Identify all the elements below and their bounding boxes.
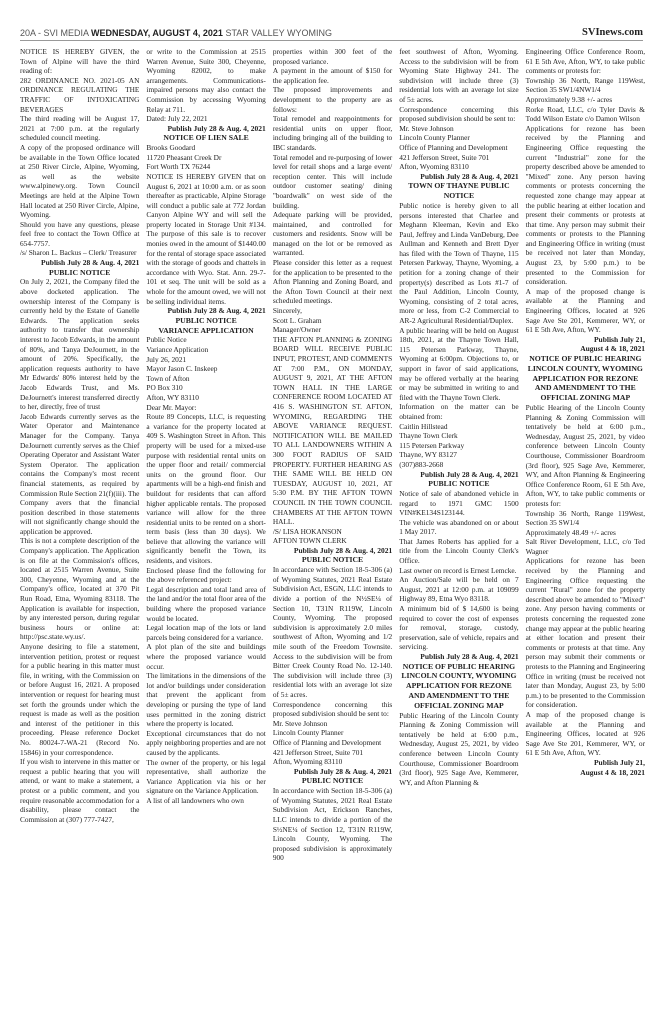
notice-text: Afton, Wyoming 83110 — [273, 757, 392, 767]
publish-line: Publish July 28 & Aug. 4, 2021 — [399, 470, 518, 480]
notice-text: The vehicle was abandoned on or about 1 … — [399, 518, 518, 537]
notice-text: /s/ Sharon L. Backus – Clerk/ Treasurer — [20, 248, 139, 258]
notice-text: Legal description and total land area of… — [146, 585, 265, 623]
notice-subheading: VARIANCE APPLICATION — [146, 326, 265, 336]
notice-text: Public notice is hereby given to all per… — [399, 201, 518, 326]
notice-text: Scott L. Graham — [273, 316, 392, 326]
notice-heading: NOTICE OF PUBLIC HEARING LINCOLN COUNTY,… — [399, 662, 518, 711]
publish-line: Publish July 28 & Aug. 4, 2021 — [399, 172, 518, 182]
publish-line: August 4 & 18, 2021 — [526, 768, 645, 778]
notice-text: Fort Worth TX 76244 — [146, 162, 265, 172]
notice-text: Dated: July 22, 2021 — [146, 114, 265, 124]
notice-text: Brooks Goodard — [146, 143, 265, 153]
notice-text: A payment in the amount of $150 for the … — [273, 66, 392, 85]
legal-notices-columns: NOTICE IS HEREBY GIVEN, the Town of Alpi… — [20, 47, 645, 863]
notice-heading: NOTICE OF PUBLIC HEARING LINCOLN COUNTY,… — [526, 354, 645, 403]
notice-text: The third reading will be August 17, 202… — [20, 114, 139, 143]
notice-text: Enclosed please find the following for t… — [146, 566, 265, 585]
notice-text: or write to the Commission at 2515 Warre… — [146, 47, 265, 114]
publish-line: Publish July 28 & Aug. 4, 2021 — [399, 652, 518, 662]
column-4: feet southwest of Afton, Wyoming. Access… — [399, 47, 518, 863]
notice-text: Correspondence concerning this proposed … — [273, 700, 392, 719]
column-2: or write to the Commission at 2515 Warre… — [146, 47, 265, 863]
notice-text: Mr. Steve Johnson — [399, 124, 518, 134]
notice-text: Mr. Steve Johnson — [273, 719, 392, 729]
notice-text: Anyone desiring to file a statement, int… — [20, 642, 139, 757]
notice-text: Public Notice — [146, 335, 265, 345]
column-3: properties within 300 feet of the propos… — [273, 47, 392, 863]
notice-text: Office of Planning and Development — [273, 738, 392, 748]
notice-text: Information on the matter can be obtaine… — [399, 402, 518, 421]
notice-text: Afton, WY 83110 — [146, 393, 265, 403]
notice-heading: PUBLIC NOTICE — [273, 776, 392, 786]
publish-line: Publish July 28 & Aug. 4, 2021 — [273, 546, 392, 556]
notice-text: NOTICE IS HEREBY GIVEN that on August 6,… — [146, 172, 265, 306]
notice-text: 282 ORDINANCE NO. 2021-05 AN ORDINANCE R… — [20, 76, 139, 114]
notice-text: In accordance with Section 18-5-306 (a) … — [273, 786, 392, 863]
column-5: Engineering Office Conference Room, 61 E… — [526, 47, 645, 863]
notice-text: Town of Afton — [146, 374, 265, 384]
notice-heading: NOTICE OF LIEN SALE — [146, 133, 265, 143]
notice-text: Notice of sale of abandoned vehicle in r… — [399, 489, 518, 518]
notice-text: Public Hearing of the Lincoln County Pla… — [399, 711, 518, 788]
notice-text: July 26, 2021 — [146, 355, 265, 365]
masthead-left: 20A - SVI MEDIA WEDNESDAY, AUGUST 4, 202… — [20, 28, 332, 38]
notice-text: Caitlin Hillstead — [399, 422, 518, 432]
notice-text: /S/ LISA HOKANSON — [273, 527, 392, 537]
notice-text: On July 2, 2021, the Company filed the a… — [20, 277, 139, 411]
notice-text: Approximately 48.49 +/- acres — [526, 528, 645, 538]
masthead-rule — [20, 40, 643, 41]
notice-text: Office of Planning and Development — [399, 143, 518, 153]
notice-text: Township 36 North, Range 119West, Sectio… — [526, 509, 645, 528]
notice-text: 421 Jefferson Street, Suite 701 — [273, 748, 392, 758]
notice-heading: PUBLIC NOTICE — [399, 479, 518, 489]
page-label: 20A - SVI MEDIA — [20, 28, 89, 38]
notice-text: Afton, Wyoming 83110 — [399, 162, 518, 172]
notice-text: Thayne, WY 83127 — [399, 450, 518, 460]
notice-text: Exceptional circumstances that do not ap… — [146, 729, 265, 758]
notice-text: A public hearing will be held on August … — [399, 326, 518, 403]
notice-text: Thayne Town Clerk — [399, 431, 518, 441]
notice-text: Last owner on record is Ernest Lemcke. — [399, 566, 518, 576]
notice-text: A copy of the proposed ordinance will be… — [20, 143, 139, 220]
publish-line: Publish July 28 & Aug. 4, 2021 — [146, 306, 265, 316]
notice-heading: PUBLIC NOTICE — [146, 316, 265, 326]
notice-text: Variance Application — [146, 345, 265, 355]
notice-text: feet southwest of Afton, Wyoming. Access… — [399, 47, 518, 105]
notice-text: AFTON TOWN CLERK — [273, 536, 392, 546]
notice-text: That James Roberts has applied for a tit… — [399, 537, 518, 566]
publish-line: Publish July 28 & Aug. 4, 2021 — [273, 767, 392, 777]
notice-heading: PUBLIC NOTICE — [20, 268, 139, 278]
notice-text: Sincerely, — [273, 306, 392, 316]
notice-text: A list of all landowners who own — [146, 796, 265, 806]
publish-line: Publish July 28 & Aug. 4, 2021 — [20, 258, 139, 268]
notice-heading: PUBLIC NOTICE — [273, 555, 392, 565]
notice-text: A minimum bid of $ 14,600 is being requi… — [399, 604, 518, 652]
notice-text: (307)883-2668 — [399, 460, 518, 470]
notice-text: Legal location map of the lots or land p… — [146, 623, 265, 642]
notice-text: Lincoln County Planner — [273, 728, 392, 738]
notice-text: A map of the proposed change is availabl… — [526, 710, 645, 758]
notice-text: Lincoln County Planner — [399, 133, 518, 143]
notice-text: Public Hearing of the Lincoln County Pla… — [526, 403, 645, 509]
notice-text: Applications for rezone has been receive… — [526, 556, 645, 710]
notice-text: Salt River Development, LLC, c/o Ted Wag… — [526, 537, 645, 556]
notice-text: Total remodel and re-purposing of lower … — [273, 153, 392, 211]
notice-text: 11720 Pheasant Creek Dr — [146, 153, 265, 163]
notice-text: Should you have any questions, please fe… — [20, 220, 139, 249]
publish-line: Publish July 21, — [526, 758, 645, 768]
notice-text: Dear Mr. Mayor: — [146, 403, 265, 413]
notice-text: Correspondence concerning this proposed … — [399, 105, 518, 124]
notice-text: Mayor Jason C. Inskeep — [146, 364, 265, 374]
notice-text: Jacob Edwards currently serves as the Wa… — [20, 412, 139, 537]
notice-text: A map of the proposed change is availabl… — [526, 287, 645, 335]
notice-text: Applications for rezone has been receive… — [526, 124, 645, 287]
notice-text: Adequate parking will be provided, maint… — [273, 210, 392, 258]
site-url[interactable]: SVInews.com — [582, 27, 643, 38]
notice-text: 115 Petersen Parkway — [399, 441, 518, 451]
notice-text: The proposed improvements and developmen… — [273, 85, 392, 114]
notice-text: Total remodel and reappointments for res… — [273, 114, 392, 152]
notice-text: Please consider this letter as a request… — [273, 258, 392, 306]
notice-text: Engineering Office Conference Room, 61 E… — [526, 47, 645, 76]
notice-text: Township 36 North, Range 119West, Sectio… — [526, 76, 645, 95]
notice-text: A plot plan of the site and buildings wh… — [146, 642, 265, 671]
notice-text: PO Box 310 — [146, 383, 265, 393]
notice-text: NOTICE IS HEREBY GIVEN, the Town of Alpi… — [20, 47, 139, 76]
notice-text: This is not a complete description of th… — [20, 536, 139, 642]
notice-text: Approximately 9.38 +/- acres — [526, 95, 645, 105]
column-1: NOTICE IS HEREBY GIVEN, the Town of Alpi… — [20, 47, 139, 863]
publish-line: Publish July 21, — [526, 335, 645, 345]
issue-date: WEDNESDAY, AUGUST 4, 2021 — [91, 28, 223, 38]
notice-text: 421 Jefferson Street, Suite 701 — [399, 153, 518, 163]
notice-text: The owner of the property, or his legal … — [146, 758, 265, 796]
notice-text: The limitations in the dimensions of the… — [146, 671, 265, 729]
notice-text: Rorke Road, LLC, c/o Tyler Davis & Todd … — [526, 105, 645, 124]
publish-line: Publish July 28 & Aug. 4, 2021 — [146, 124, 265, 134]
notice-text: Route 89 Concepts, LLC, is requesting a … — [146, 412, 265, 566]
notice-text: Manager/Owner — [273, 325, 392, 335]
notice-text: An Auction/Sale will be held on 7 August… — [399, 575, 518, 604]
notice-heading: TOWN OF THAYNE PUBLIC NOTICE — [399, 181, 518, 201]
notice-text: properties within 300 feet of the propos… — [273, 47, 392, 66]
publish-line: August 4 & 18, 2021 — [526, 344, 645, 354]
notice-text: If you wish to intervene in this matter … — [20, 757, 139, 824]
notice-text: THE AFTON PLANNING & ZONING BOARD WILL R… — [273, 335, 392, 527]
paper-name: STAR VALLEY WYOMING — [225, 28, 332, 38]
notice-text: In accordance with Section 18-5-306 (a) … — [273, 565, 392, 699]
masthead: 20A - SVI MEDIA WEDNESDAY, AUGUST 4, 202… — [20, 24, 643, 38]
